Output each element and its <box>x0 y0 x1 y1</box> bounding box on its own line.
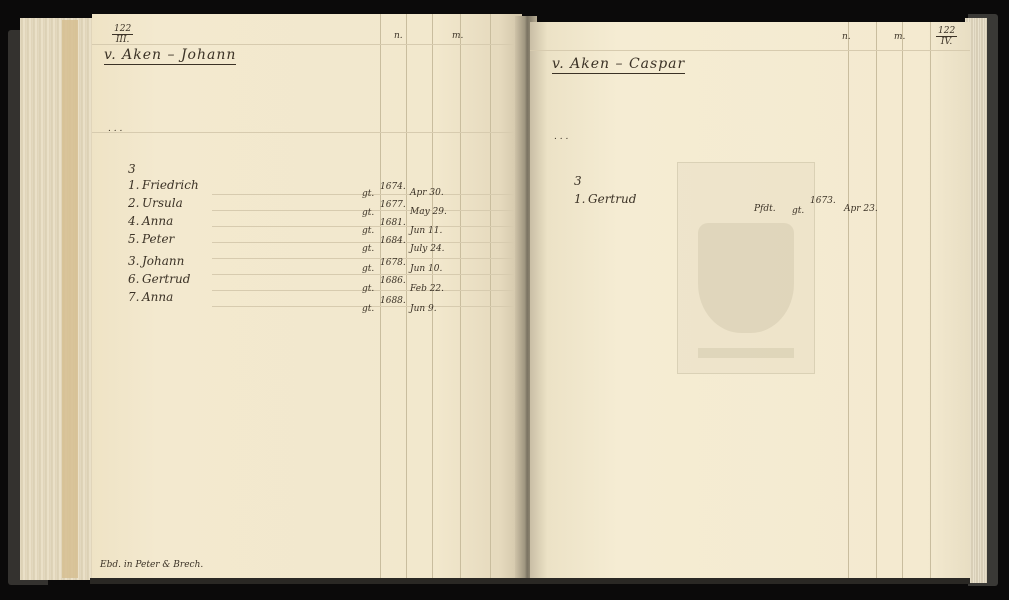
row-rule <box>212 242 522 243</box>
child-gt: gt. <box>362 226 374 236</box>
header-rule <box>92 44 522 45</box>
column-rule <box>460 14 461 580</box>
page-number-top: 122 <box>936 26 957 37</box>
child-year: 1677. <box>380 200 406 210</box>
child-number: 1. <box>574 192 585 206</box>
shield-icon <box>698 223 794 333</box>
column-header-m: m. <box>452 31 463 41</box>
row-rule <box>212 258 522 259</box>
row-rule <box>92 132 522 133</box>
child-name: Anna <box>142 214 173 228</box>
row-rule <box>212 274 522 275</box>
child-name: Anna <box>142 290 173 304</box>
child-name: Gertrud <box>588 192 636 206</box>
child-year: 1674. <box>380 182 406 192</box>
book-bottom-edge <box>90 578 970 584</box>
dots: . . . <box>108 124 122 134</box>
page-edge-tan <box>62 20 78 578</box>
child-gt: gt. <box>362 189 374 199</box>
column-rule <box>490 14 491 580</box>
column-rule <box>902 22 903 580</box>
child-year: 1688. <box>380 296 406 306</box>
child-gt: gt. <box>362 264 374 274</box>
dots: . . . <box>554 132 568 142</box>
header-rule <box>530 50 970 51</box>
child-year: 1684. <box>380 236 406 246</box>
child-number: 5. <box>128 232 139 246</box>
child-name: Ursula <box>142 196 183 210</box>
child-date: Jun 10. <box>410 264 442 274</box>
column-rule <box>876 22 877 580</box>
page-number-bottom: III. <box>116 35 130 45</box>
page-number: 122 IV. <box>936 26 957 47</box>
banner-shape <box>698 348 794 358</box>
child-date: July 24. <box>410 244 445 254</box>
child-number: 1. <box>128 178 139 192</box>
page-heading: v. Aken – Johann <box>104 47 236 65</box>
child-gt: gt. <box>362 208 374 218</box>
child-name: Friedrich <box>142 178 199 192</box>
child-date: Jun 9. <box>410 304 437 314</box>
child-year: 1678. <box>380 258 406 268</box>
child-year: 1686. <box>380 276 406 286</box>
child-gt: gt. <box>362 304 374 314</box>
child-gt: gt. <box>362 284 374 294</box>
child-date: May 29. <box>410 207 447 217</box>
page-number-top: 122 <box>112 24 133 35</box>
child-date: Apr 23. <box>844 204 878 214</box>
column-rule <box>406 14 407 580</box>
child-date: Apr 30. <box>410 188 444 198</box>
child-name: Johann <box>142 254 184 268</box>
column-rule <box>848 22 849 580</box>
page-stack-left <box>20 18 100 580</box>
child-date: Jun 11. <box>410 226 442 236</box>
child-gt: gt. <box>792 206 804 216</box>
child-mark: Pfdt. <box>754 204 776 214</box>
column-header-m: m. <box>894 32 905 42</box>
column-header-n: n. <box>394 31 403 41</box>
child-year: 1681. <box>380 218 406 228</box>
page-heading: v. Aken – Caspar <box>552 56 685 74</box>
child-date: Feb 22. <box>410 284 444 294</box>
footer-note: Ebd. in Peter & Brech. <box>100 560 203 570</box>
coat-of-arms-bleed-through <box>677 162 815 374</box>
child-number: 6. <box>128 272 139 286</box>
page-number: 122 III. <box>112 24 133 45</box>
column-header-n: n. <box>842 32 851 42</box>
right-page: 122 IV. v. Aken – Caspar n. m. . . . 3 1… <box>530 22 970 580</box>
column-rule <box>930 22 931 580</box>
child-name: Peter <box>142 232 174 246</box>
child-gt: gt. <box>362 244 374 254</box>
page-number-bottom: IV. <box>941 37 952 47</box>
left-page: 122 III. v. Aken – Johann n. m. . . . 3 … <box>92 14 522 580</box>
child-year: 1673. <box>810 196 836 206</box>
child-number: 3. <box>128 254 139 268</box>
child-number: 4. <box>128 214 139 228</box>
child-number: 2. <box>128 196 139 210</box>
column-rule <box>432 14 433 580</box>
child-number: 7. <box>128 290 139 304</box>
group-number: 3 <box>574 174 582 188</box>
group-number: 3 <box>128 162 136 176</box>
child-name: Gertrud <box>142 272 190 286</box>
